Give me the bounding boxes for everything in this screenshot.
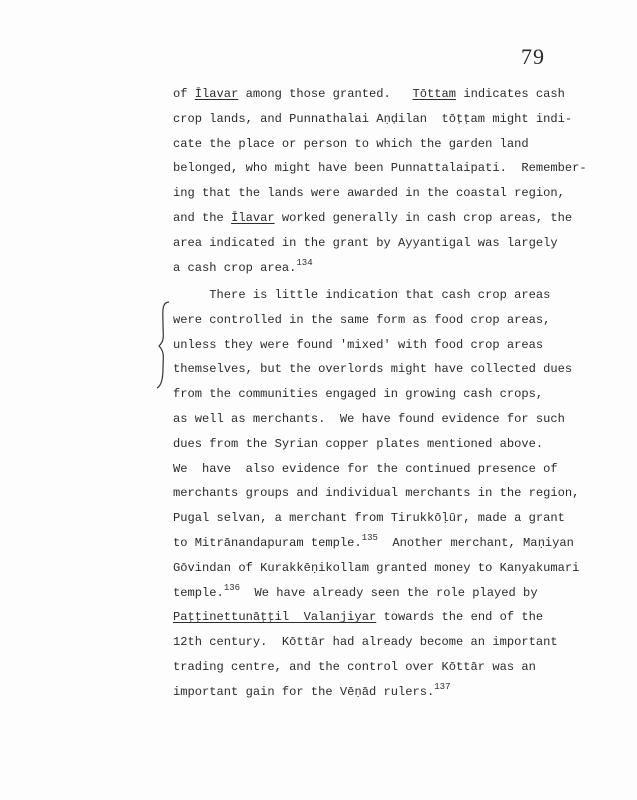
text-run: dues from the Syrian copper plates menti… [173, 437, 543, 451]
text-run: There is little indication that cash cro… [173, 288, 550, 302]
text-line: 12th century. Kōttār had already become … [173, 630, 613, 655]
curly-brace-margin-mark [155, 300, 173, 390]
text-run: We have already seen the role played by [240, 586, 538, 600]
underlined-term: Īlavar [195, 87, 239, 101]
text-run: among those granted. [238, 87, 412, 101]
paragraph-2: There is little indication that cash cro… [173, 283, 613, 705]
text-run: worked generally in cash crop areas, the [275, 211, 573, 225]
text-line: We have also evidence for the continued … [173, 457, 613, 482]
text-run: and the [173, 211, 231, 225]
text-line: merchants groups and individual merchant… [173, 481, 613, 506]
footnote-ref: 135 [362, 533, 378, 543]
text-run: a cash crop area. [173, 261, 296, 275]
text-run: Another merchant, Maṇiyan [378, 536, 574, 550]
text-line: area indicated in the grant by Ayyantiga… [173, 231, 613, 256]
text-run: merchants groups and individual merchant… [173, 486, 579, 500]
text-run: themselves, but the overlords might have… [173, 362, 572, 376]
text-run: Pugal selvan, a merchant from Tirukkōḷūr… [173, 511, 565, 525]
text-line: cate the place or person to which the ga… [173, 132, 613, 157]
text-line: themselves, but the overlords might have… [173, 357, 613, 382]
text-line: as well as merchants. We have found evid… [173, 407, 613, 432]
text-run: Gōvindan of Kurakkēṇikollam granted mone… [173, 561, 579, 575]
underlined-term: Tōttam [413, 87, 457, 101]
text-line: unless they were found 'mixed' with food… [173, 333, 613, 358]
text-run: indicates cash [456, 87, 565, 101]
text-run: were controlled in the same form as food… [173, 313, 550, 327]
text-line: were controlled in the same form as food… [173, 308, 613, 333]
text-line: Pugal selvan, a merchant from Tirukkōḷūr… [173, 506, 613, 531]
text-run: of [173, 87, 195, 101]
text-line: from the communities engaged in growing … [173, 382, 613, 407]
footnote-ref: 136 [224, 583, 240, 593]
footnote-ref: 134 [296, 258, 312, 268]
text-line: and the Īlavar worked generally in cash … [173, 206, 613, 231]
text-run: important gain for the Vēṇād rulers. [173, 685, 434, 699]
text-run: 12th century. Kōttār had already become … [173, 635, 558, 649]
document-page: 79 of Īlavar among those granted. Tōttam… [0, 0, 637, 800]
text-run: trading centre, and the control over Kōt… [173, 660, 536, 674]
text-line: belonged, who might have been Punnattala… [173, 156, 613, 181]
text-line: a cash crop area.134 [173, 256, 613, 281]
text-line: of Īlavar among those granted. Tōttam in… [173, 82, 613, 107]
page-number: 79 [521, 44, 545, 70]
footnote-ref: 137 [434, 682, 450, 692]
text-run: ing that the lands were awarded in the c… [173, 186, 565, 200]
text-line: crop lands, and Punnathalai Aṇḍilan tōṭṭ… [173, 107, 613, 132]
text-run: towards the end of the [376, 610, 543, 624]
text-run: crop lands, and Punnathalai Aṇḍilan tōṭṭ… [173, 112, 572, 126]
text-line: Gōvindan of Kurakkēṇikollam granted mone… [173, 556, 613, 581]
text-run: belonged, who might have been Punnattala… [173, 161, 587, 175]
text-run: temple. [173, 586, 224, 600]
paragraph-1: of Īlavar among those granted. Tōttam in… [173, 82, 613, 280]
text-line: trading centre, and the control over Kōt… [173, 655, 613, 680]
text-run: cate the place or person to which the ga… [173, 137, 529, 151]
text-line: Paṭṭinettunāṭṭil Valanjiyar towards the … [173, 605, 613, 630]
text-run: as well as merchants. We have found evid… [173, 412, 565, 426]
text-line: dues from the Syrian copper plates menti… [173, 432, 613, 457]
underlined-term: Paṭṭinettunāṭṭil Valanjiyar [173, 610, 376, 624]
text-run: unless they were found 'mixed' with food… [173, 338, 543, 352]
text-run: area indicated in the grant by Ayyantiga… [173, 236, 558, 250]
underlined-term: Īlavar [231, 211, 275, 225]
text-line: to Mitrānandapuram temple.135 Another me… [173, 531, 613, 556]
text-run: from the communities engaged in growing … [173, 387, 543, 401]
text-run: to Mitrānandapuram temple. [173, 536, 362, 550]
text-line: ing that the lands were awarded in the c… [173, 181, 613, 206]
text-run: We have also evidence for the continued … [173, 462, 558, 476]
text-line: There is little indication that cash cro… [173, 283, 613, 308]
text-line: temple.136 We have already seen the role… [173, 581, 613, 606]
text-line: important gain for the Vēṇād rulers.137 [173, 680, 613, 705]
